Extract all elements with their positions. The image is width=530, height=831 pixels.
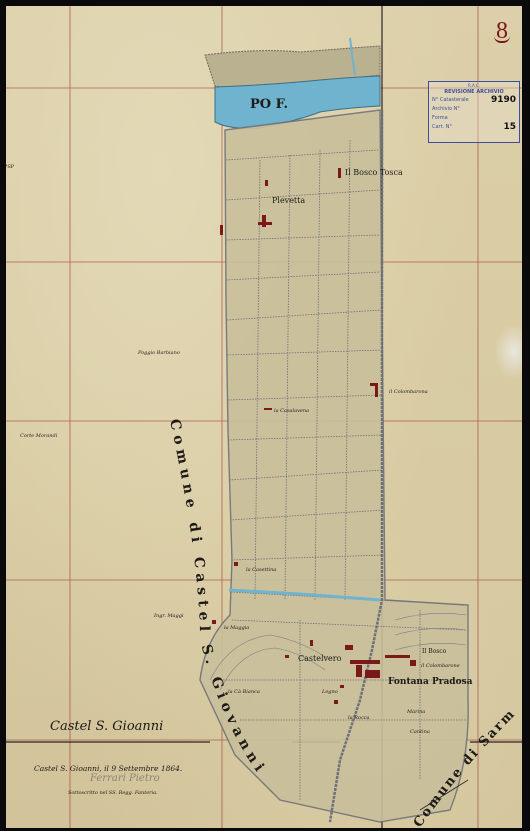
comune-castel-label: Comune di Castel S. Giovanni bbox=[166, 418, 270, 779]
comune-sarmato-label: Comune di Sarmato bbox=[6, 6, 519, 828]
signed-note: Sottoscritto nel SS. Regg. Fanteria. bbox=[68, 790, 158, 796]
signature: Ferrari Pietro bbox=[90, 773, 160, 784]
paper-stain bbox=[494, 324, 522, 379]
date-line: Castel S. Gioanni, il 9 Settembre 1864. bbox=[34, 764, 182, 773]
map-sheet: 8 R.A.C. REVISIONE ARCHIVIO N° Catastera… bbox=[6, 6, 522, 828]
boundary-labels: Comune di Castel S. Giovanni Comune di S… bbox=[6, 6, 522, 828]
svg-text:Comune di Sarmato: Comune di Sarmato bbox=[6, 6, 519, 828]
map-title: Castel S. Gioanni bbox=[50, 719, 163, 734]
svg-text:Comune di Castel S. Giovanni: Comune di Castel S. Giovanni bbox=[166, 418, 270, 779]
